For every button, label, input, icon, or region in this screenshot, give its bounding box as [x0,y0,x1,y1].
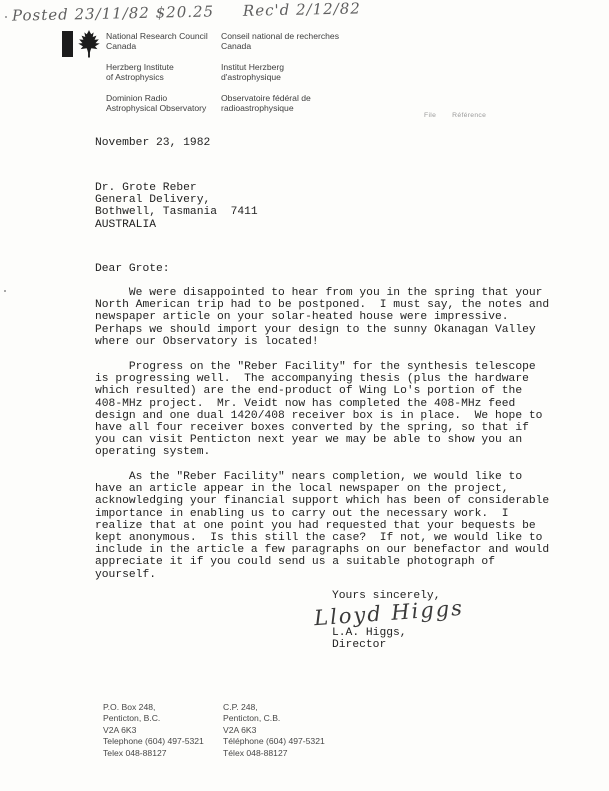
nrc-canada-logo [62,30,102,58]
signer-name: L.A. Higgs, [332,627,407,639]
letterhead-org-fr: Conseil national de recherches Canada [221,31,351,51]
body-paragraph-1: We were disappointed to hear from you in… [95,287,585,348]
maple-leaf-icon [77,30,101,63]
handwritten-postal-note: Posted 23/11/82 $20.25 Rec'd 2/12/82 [12,0,361,25]
scan-speck [5,16,7,18]
body-paragraph-3: As the "Reber Facility" nears completion… [95,471,585,581]
letterhead-institute-fr: Institut Herzberg d'astrophysique [221,62,351,82]
file-label: File [424,112,436,119]
footer-address-english: P.O. Box 248, Penticton, B.C. V2A 6K3 Te… [103,702,204,759]
letterhead-institute-en: Herzberg Institute of Astrophysics [106,62,218,82]
letterhead-observatory-en: Dominion Radio Astrophysical Observatory [106,93,218,113]
scanned-letter-page: Posted 23/11/82 $20.25 Rec'd 2/12/82 Nat… [0,0,609,791]
recipient-address-block: Dr. Grote Reber General Delivery, Bothwe… [95,182,258,231]
letterhead-org-en: National Research Council Canada [106,31,218,51]
body-paragraph-2: Progress on the "Reber Facility" for the… [95,361,585,459]
letterhead-english: National Research Council Canada Herzber… [106,31,218,124]
letter-date: November 23, 1982 [95,137,210,149]
letterhead-observatory-fr: Observatoire fédéral de radioastrophysiq… [221,93,351,113]
file-reference-labels: FileRéférence [424,112,502,119]
footer-address-french: C.P. 248, Penticton, C.B. V2A 6K3 Téléph… [223,702,325,759]
scan-speck [4,290,6,292]
signer-title: Director [332,639,386,651]
salutation: Dear Grote: [95,263,170,275]
flag-bar-icon [62,31,73,57]
letterhead-french: Conseil national de recherches Canada In… [221,31,351,124]
reference-label: Référence [452,112,486,119]
